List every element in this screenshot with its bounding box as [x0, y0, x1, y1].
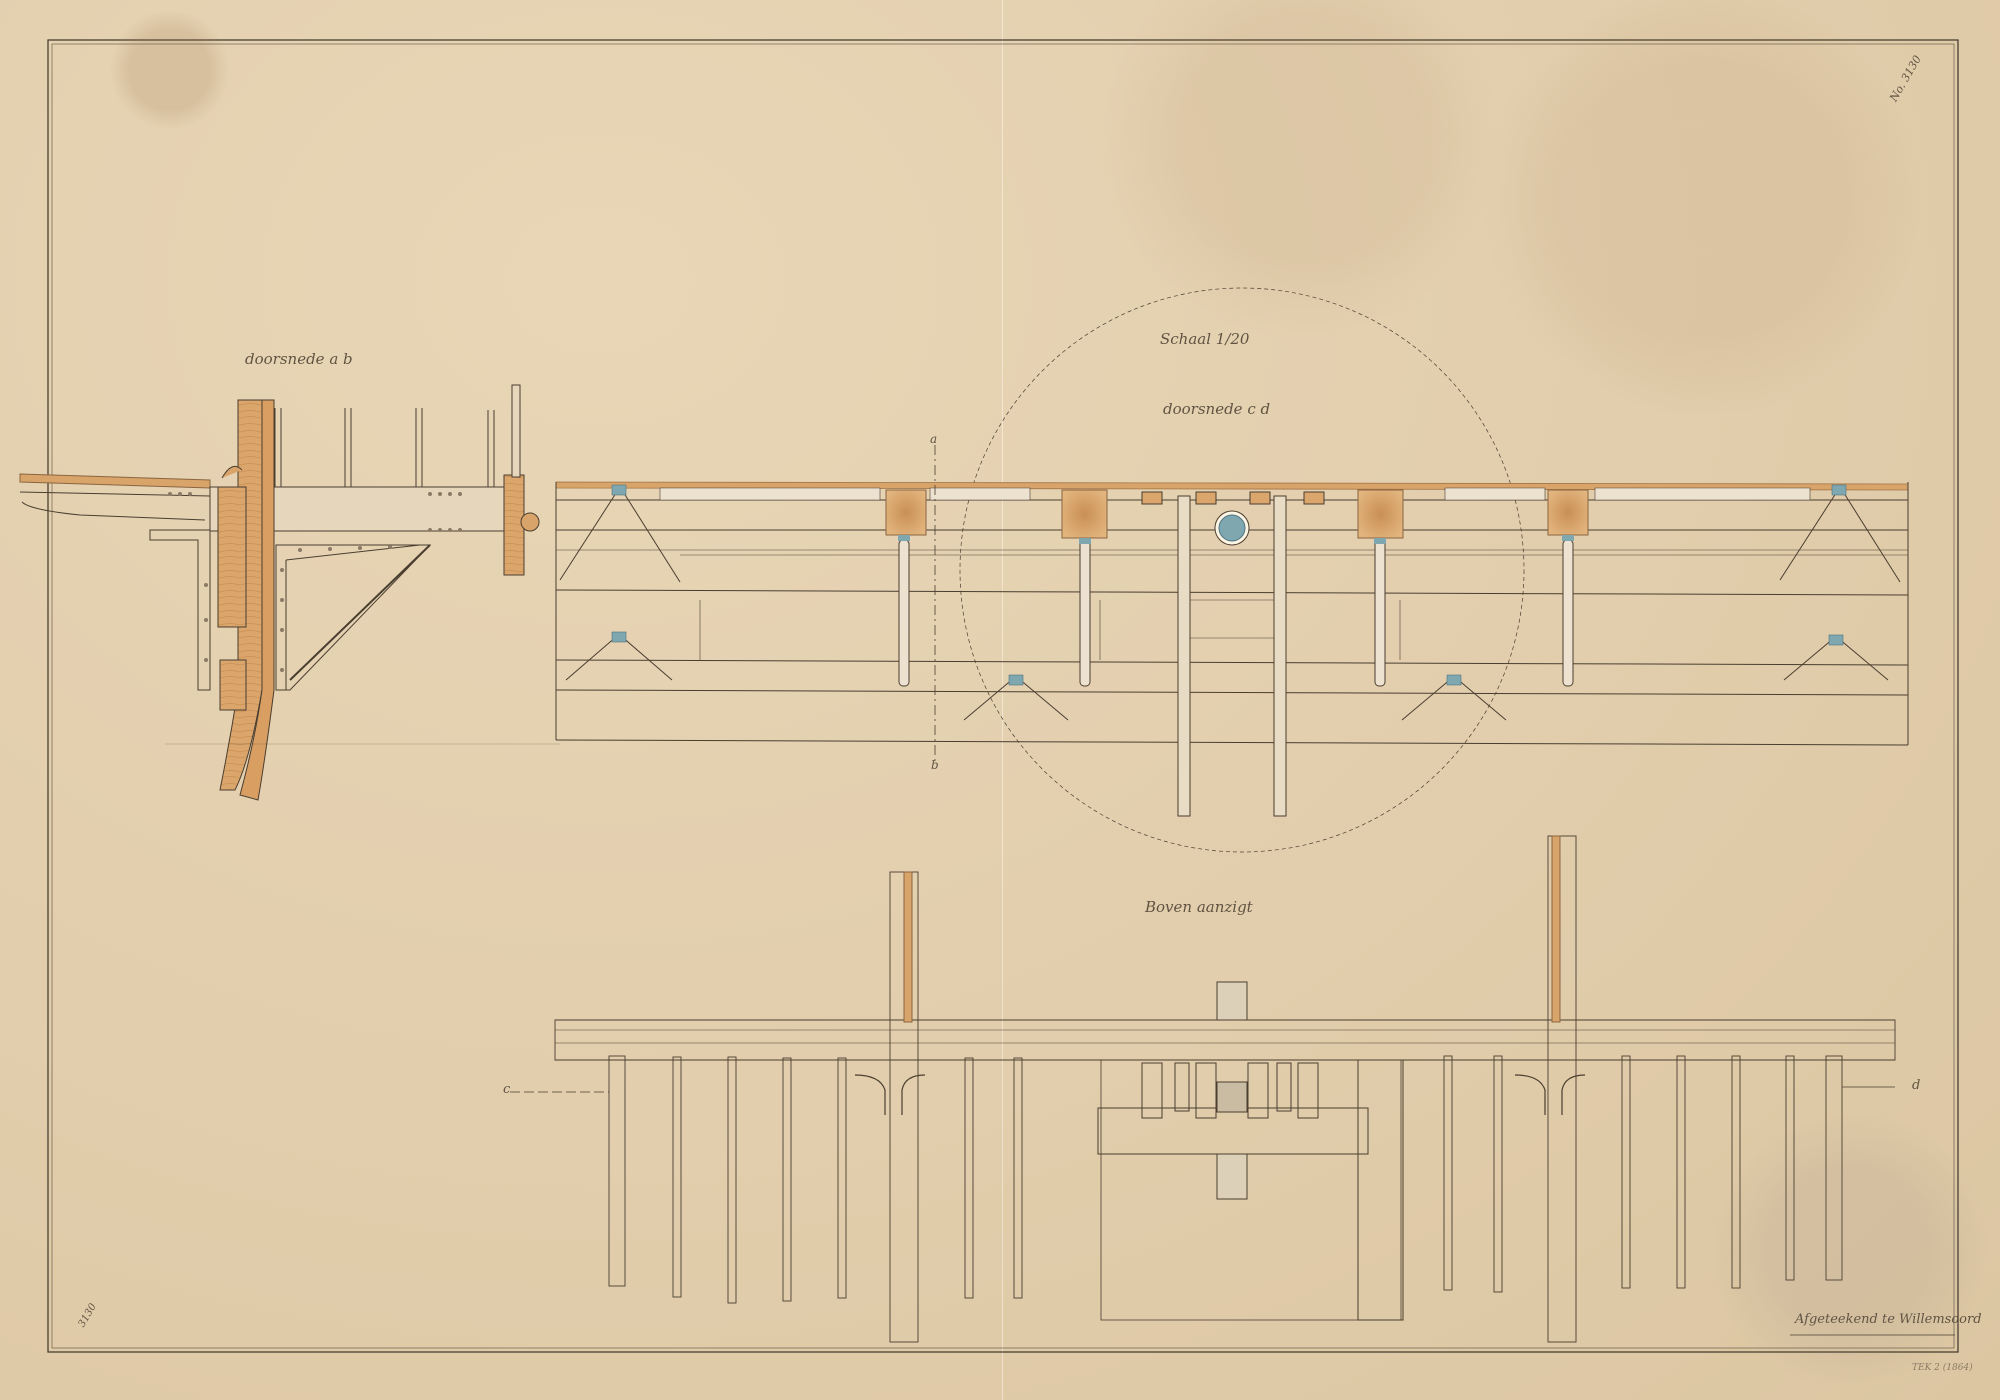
- longitudinal-section-cd: [556, 288, 1908, 852]
- mark-d: d: [1912, 1078, 1920, 1093]
- mark-b: b: [931, 758, 939, 772]
- label-scale: Schaal 1/20: [1160, 330, 1249, 348]
- technical-drawing: [0, 0, 2000, 1400]
- mark-c: c: [503, 1082, 510, 1097]
- label-top-view: Boven aanzigt: [1145, 898, 1253, 916]
- cross-section-ab: [20, 385, 560, 800]
- sheet-border: [48, 40, 1958, 1352]
- label-section-cd: doorsnede c d: [1163, 400, 1270, 418]
- label-section-ab: doorsnede a b: [245, 350, 353, 368]
- drawing-sheet: doorsnede a b Schaal 1/20 doorsnede c d …: [0, 0, 2000, 1400]
- archive-stamp: TEK 2 (1864): [1912, 1363, 1973, 1373]
- signature: Afgeteekend te Willemsoord: [1795, 1312, 1982, 1327]
- mark-a: a: [930, 432, 937, 446]
